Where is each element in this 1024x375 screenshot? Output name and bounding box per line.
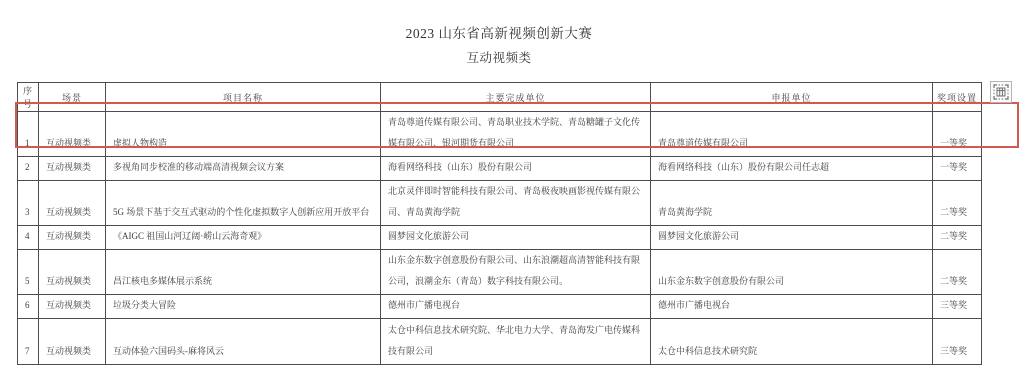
awards-table-body: 1互动视频类虚拟人物构造青岛尊道传媒有限公司、青岛职业技术学院、青岛糖罐子文化传…	[18, 112, 982, 365]
cell-award: 一等奖	[933, 157, 982, 181]
table-row: 6互动视频类垃圾分类大冒险德州市广播电视台德州市广播电视台三等奖	[18, 295, 982, 319]
table-capture-glyph	[993, 84, 1009, 100]
cell-num: 5	[18, 250, 39, 295]
cell-award: 二等奖	[933, 250, 982, 295]
cell-project: 5G 场景下基于交互式驱动的个性化虚拟数字人创新应用开放平台	[106, 181, 381, 226]
cell-award: 二等奖	[933, 226, 982, 250]
table-row: 2互动视频类多视角同步校准的移动端高清视频会议方案海看网络科技（山东）股份有限公…	[18, 157, 982, 181]
column-header-num: 序号	[18, 83, 39, 112]
cell-num: 4	[18, 226, 39, 250]
table-row: 1互动视频类虚拟人物构造青岛尊道传媒有限公司、青岛职业技术学院、青岛糖罐子文化传…	[18, 112, 982, 157]
cell-project: 互动体验六国码头-麻将风云	[106, 319, 381, 365]
table-row: 4互动视频类《AIGC 祖国山河辽阔·崂山云海奇观》圆梦园文化旅游公司圆梦园文化…	[18, 226, 982, 250]
cell-main_units: 海看网络科技（山东）股份有限公司	[381, 157, 651, 181]
cell-project: 虚拟人物构造	[106, 112, 381, 157]
cell-award: 三等奖	[933, 319, 982, 365]
awards-table: 序号 场景 项目名称 主要完成单位 申报单位 奖项设置 1互动视频类虚拟人物构造…	[17, 82, 982, 365]
column-header-scene: 场景	[39, 83, 106, 112]
cell-num: 7	[18, 319, 39, 365]
column-header-project: 项目名称	[106, 83, 381, 112]
cell-main_units: 山东金东数字创意股份有限公司、山东浪潮超高清智能科技有限公司，浪潮金东（青岛）数…	[381, 250, 651, 295]
cell-applicant: 青岛黄海学院	[651, 181, 933, 226]
cell-scene: 互动视频类	[39, 112, 106, 157]
cell-scene: 互动视频类	[39, 319, 106, 365]
cell-num: 2	[18, 157, 39, 181]
header-row: 序号 场景 项目名称 主要完成单位 申报单位 奖项设置	[18, 83, 982, 112]
column-header-main-units: 主要完成单位	[381, 83, 651, 112]
table-capture-icon[interactable]	[990, 81, 1012, 103]
cell-scene: 互动视频类	[39, 226, 106, 250]
table-row: 5互动视频类昌江核电多媒体展示系统山东金东数字创意股份有限公司、山东浪潮超高清智…	[18, 250, 982, 295]
cell-award: 一等奖	[933, 112, 982, 157]
cell-scene: 互动视频类	[39, 181, 106, 226]
page-subtitle: 互动视频类	[17, 48, 981, 66]
cell-award: 三等奖	[933, 295, 982, 319]
cell-applicant: 圆梦园文化旅游公司	[651, 226, 933, 250]
cell-project: 昌江核电多媒体展示系统	[106, 250, 381, 295]
cell-main_units: 青岛尊道传媒有限公司、青岛职业技术学院、青岛糖罐子文化传媒有限公司、银河期货有限…	[381, 112, 651, 157]
cell-applicant: 青岛尊道传媒有限公司	[651, 112, 933, 157]
cell-applicant: 太仓中科信息技术研究院	[651, 319, 933, 365]
page-title: 2023 山东省高新视频创新大赛	[17, 22, 981, 42]
table-row: 7互动视频类互动体验六国码头-麻将风云太仓中科信息技术研究院、华北电力大学、青岛…	[18, 319, 982, 365]
column-header-award: 奖项设置	[933, 83, 982, 112]
cell-project: 垃圾分类大冒险	[106, 295, 381, 319]
cell-applicant: 海看网络科技（山东）股份有限公司任志超	[651, 157, 933, 181]
cell-num: 3	[18, 181, 39, 226]
document-page: { "page": { "title": "2023 山东省高新视频创新大赛",…	[0, 0, 1024, 375]
cell-scene: 互动视频类	[39, 250, 106, 295]
column-header-applicant: 申报单位	[651, 83, 933, 112]
cell-scene: 互动视频类	[39, 157, 106, 181]
cell-award: 二等奖	[933, 181, 982, 226]
cell-project: 多视角同步校准的移动端高清视频会议方案	[106, 157, 381, 181]
cell-scene: 互动视频类	[39, 295, 106, 319]
cell-applicant: 德州市广播电视台	[651, 295, 933, 319]
cell-main_units: 德州市广播电视台	[381, 295, 651, 319]
table-row: 3互动视频类5G 场景下基于交互式驱动的个性化虚拟数字人创新应用开放平台北京灵伴…	[18, 181, 982, 226]
cell-main_units: 圆梦园文化旅游公司	[381, 226, 651, 250]
cell-main_units: 北京灵伴即时智能科技有限公司、青岛极夜映画影视传媒有限公司、青岛黄海学院	[381, 181, 651, 226]
cell-num: 1	[18, 112, 39, 157]
cell-main_units: 太仓中科信息技术研究院、华北电力大学、青岛海发广电传媒科技有限公司	[381, 319, 651, 365]
cell-applicant: 山东金东数字创意股份有限公司	[651, 250, 933, 295]
cell-num: 6	[18, 295, 39, 319]
cell-project: 《AIGC 祖国山河辽阔·崂山云海奇观》	[106, 226, 381, 250]
